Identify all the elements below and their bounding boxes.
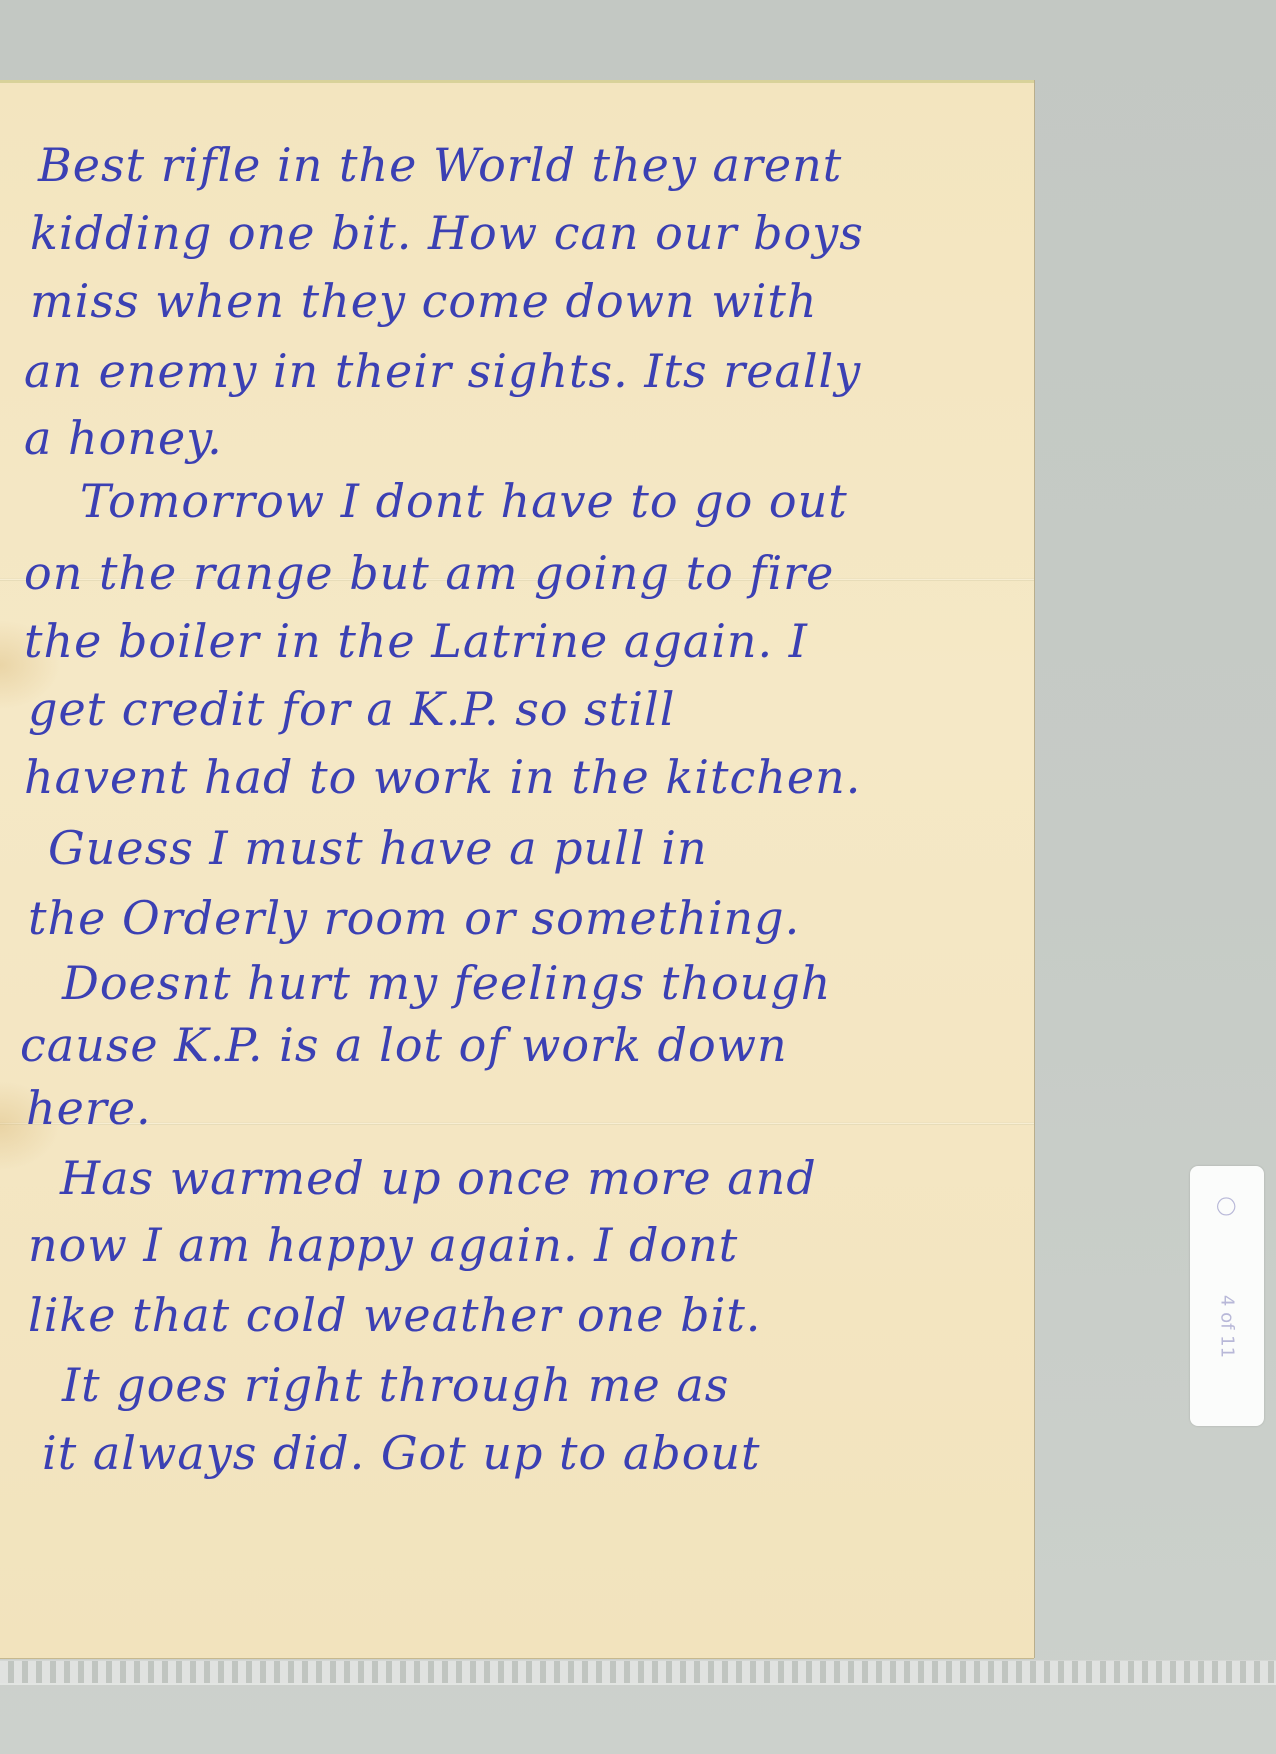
letter-line: cause K.P. is a lot of work down	[20, 1022, 788, 1068]
letter-line: like that cold weather one bit.	[28, 1292, 761, 1338]
letter-line: Tomorrow I dont have to go out	[80, 478, 848, 524]
label-mark: 4 of 11	[1217, 1295, 1238, 1358]
letter-line: Guess I must have a pull in	[48, 825, 708, 871]
letter-line: miss when they come down with	[30, 278, 817, 324]
sleeve-edge	[0, 1683, 1276, 1685]
letter-line: a honey.	[24, 415, 223, 461]
archive-label-tab: ◯ 4 of 11	[1190, 1166, 1264, 1426]
label-mark: ◯	[1217, 1196, 1238, 1216]
letter-page: Best rifle in the World they arent kiddi…	[0, 80, 1034, 1658]
letter-line: Has warmed up once more and	[60, 1155, 817, 1201]
letter-line: It goes right through me as	[62, 1362, 729, 1408]
letter-line: the Orderly room or something.	[28, 895, 800, 941]
letter-line: here.	[26, 1085, 152, 1131]
handwritten-text: Best rifle in the World they arent kiddi…	[0, 80, 1034, 1658]
letter-line: now I am happy again. I dont	[28, 1222, 738, 1268]
letter-line: an enemy in their sights. Its really	[24, 348, 861, 394]
letter-line: Best rifle in the World they arent	[38, 142, 842, 188]
letter-line: kidding one bit. How can our boys	[30, 210, 864, 256]
letter-line: on the range but am going to fire	[24, 550, 834, 596]
letter-line: the boiler in the Latrine again. I	[24, 618, 808, 664]
sleeve-perforation-strip	[0, 1660, 1276, 1684]
letter-line: it always did. Got up to about	[42, 1430, 761, 1476]
letter-line: havent had to work in the kitchen.	[24, 754, 861, 800]
letter-line: get credit for a K.P. so still	[28, 686, 675, 732]
letter-line: Doesnt hurt my feelings though	[62, 960, 831, 1006]
